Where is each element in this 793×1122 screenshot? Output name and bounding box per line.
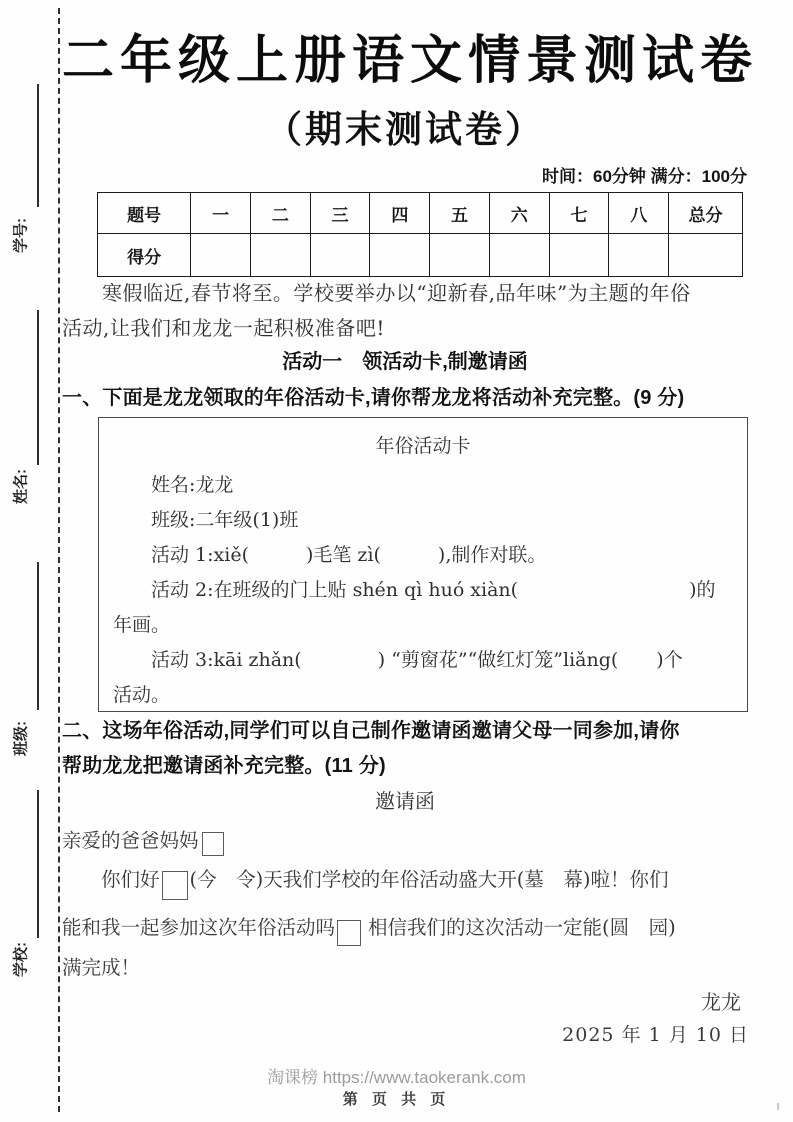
col-header-7: 七 bbox=[549, 193, 609, 234]
question-number-header: 题号 bbox=[98, 193, 191, 234]
time-score-meta: 时间：60分钟 满分：100分 bbox=[542, 162, 747, 187]
letter-body-line-3: 满完成！ bbox=[62, 952, 752, 980]
letter-line2-post: (今 令)天我们学校的年俗活动盛大开(墓 幕)啦！你们 bbox=[190, 868, 669, 891]
letter-salutation: 亲爱的爸爸妈妈 bbox=[62, 829, 199, 852]
score-row-label: 得分 bbox=[98, 234, 191, 277]
letter-salutation-line: 亲爱的爸爸妈妈 bbox=[62, 825, 752, 854]
student-name-label: 姓名: bbox=[10, 456, 31, 518]
score-cell bbox=[251, 234, 311, 277]
page-number-text: 第 页 共 页 bbox=[0, 1088, 793, 1109]
punctuation-blank-box bbox=[162, 871, 188, 900]
card-name-line: 姓名:龙龙 bbox=[113, 468, 729, 503]
scan-artifact bbox=[777, 1103, 779, 1110]
question-two: 二、这场年俗活动,同学们可以自己制作邀请函邀请父母一同参加,请你 帮助龙龙把邀请… bbox=[62, 714, 750, 784]
card-activity-2-line-1: 活动 2:在班级的门上贴 shén qì huó xiàn( )的 bbox=[113, 573, 729, 608]
card-title: 年俗活动卡 bbox=[99, 431, 747, 458]
score-cell bbox=[370, 234, 430, 277]
col-header-4: 四 bbox=[370, 193, 430, 234]
letter-signature: 龙龙 bbox=[701, 986, 741, 1015]
paper-subtitle: （期末测试卷） bbox=[62, 99, 748, 153]
score-cell bbox=[489, 234, 549, 277]
punctuation-blank-box bbox=[202, 832, 224, 856]
letter-line3-post: 相信我们的这次活动一定能(圆 园) bbox=[368, 916, 676, 939]
letter-body-line-2: 能和我一起参加这次年俗活动吗相信我们的这次活动一定能(圆 园) bbox=[62, 912, 752, 942]
card-activity-3-line-2: 活动。 bbox=[113, 678, 729, 713]
letter-date: 2025 年 1 月 10 日 bbox=[562, 1020, 749, 1047]
col-header-5: 五 bbox=[430, 193, 490, 234]
question-two-line-1: 二、这场年俗活动,同学们可以自己制作邀请函邀请父母一同参加,请你 bbox=[62, 714, 750, 749]
question-one: 一、下面是龙龙领取的年俗活动卡,请你帮龙龙将活动补充完整。(9 分) bbox=[62, 381, 750, 416]
folk-activity-card: 年俗活动卡 姓名:龙龙 班级:二年级(1)班 活动 1:xiě( )毛笔 zì(… bbox=[98, 417, 748, 712]
student-class-label: 班级: bbox=[10, 708, 31, 770]
student-name-blank-line bbox=[37, 310, 39, 465]
score-table-value-row: 得分 bbox=[98, 234, 743, 277]
col-header-2: 二 bbox=[251, 193, 311, 234]
score-cell bbox=[430, 234, 490, 277]
paper-title: 二年级上册语文情景测试卷 bbox=[62, 18, 748, 93]
intro-paragraph: 寒假临近,春节将至。学校要举办以“迎新春,品年味”为主题的年俗 活动,让我们和龙… bbox=[62, 276, 748, 346]
score-cell bbox=[549, 234, 609, 277]
col-header-6: 六 bbox=[489, 193, 549, 234]
question-two-line-2: 帮助龙龙把邀请函补充完整。(11 分) bbox=[62, 749, 750, 784]
letter-body-line-1: 你们好(今 令)天我们学校的年俗活动盛大开(墓 幕)啦！你们 bbox=[62, 864, 752, 895]
score-cell bbox=[669, 234, 743, 277]
student-school-blank-line bbox=[37, 790, 39, 938]
col-header-8: 八 bbox=[609, 193, 669, 234]
activity-one-heading: 活动一 领活动卡,制邀请函 bbox=[62, 345, 748, 374]
test-paper-page: 学号: 姓名: 班级: 学校: 二年级上册语文情景测试卷 （期末测试卷） 时间：… bbox=[0, 0, 793, 1122]
card-activity-2-line-2: 年画。 bbox=[113, 608, 729, 643]
score-cell bbox=[191, 234, 251, 277]
student-id-label: 学号: bbox=[10, 205, 31, 267]
total-score-header: 总分 bbox=[669, 193, 743, 234]
intro-line-1: 寒假临近,春节将至。学校要举办以“迎新春,品年味”为主题的年俗 bbox=[62, 276, 748, 311]
punctuation-blank-box bbox=[337, 920, 361, 946]
card-activity-3-line-1: 活动 3:kāi zhǎn( ) “剪窗花”“做红灯笼”liǎng( )个 bbox=[113, 643, 729, 678]
score-cell bbox=[609, 234, 669, 277]
watermark-text: 淘课榜 https://www.taokerank.com bbox=[0, 1063, 793, 1088]
student-id-blank-line bbox=[37, 84, 39, 207]
student-class-blank-line bbox=[37, 562, 39, 710]
invitation-letter-title: 邀请函 bbox=[62, 785, 748, 814]
score-table-header-row: 题号 一 二 三 四 五 六 七 八 总分 bbox=[98, 193, 743, 234]
seal-dashed-line bbox=[58, 8, 60, 1112]
col-header-1: 一 bbox=[191, 193, 251, 234]
score-cell bbox=[310, 234, 370, 277]
letter-line3-pre: 能和我一起参加这次年俗活动吗 bbox=[62, 916, 335, 939]
score-table: 题号 一 二 三 四 五 六 七 八 总分 得分 bbox=[97, 192, 743, 277]
intro-line-2: 活动,让我们和龙龙一起积极准备吧! bbox=[62, 311, 748, 346]
col-header-3: 三 bbox=[310, 193, 370, 234]
card-class-line: 班级:二年级(1)班 bbox=[113, 503, 729, 538]
card-activity-1: 活动 1:xiě( )毛笔 zì( ),制作对联。 bbox=[113, 538, 729, 573]
letter-line2-pre: 你们好 bbox=[101, 868, 160, 891]
student-school-label: 学校: bbox=[10, 929, 31, 991]
